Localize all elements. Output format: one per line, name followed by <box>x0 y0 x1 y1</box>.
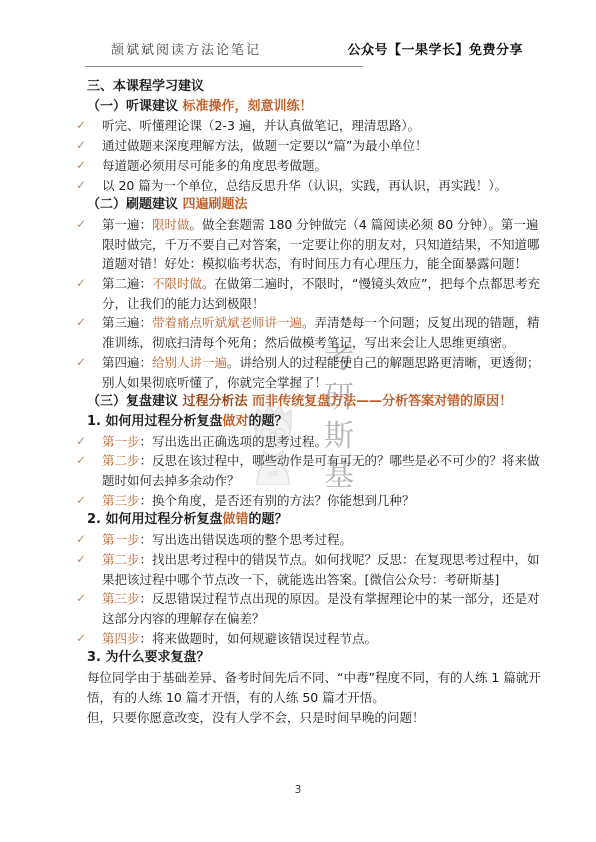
text-segment: 第二步 <box>102 453 140 468</box>
text-segment: 第二步 <box>102 552 140 567</box>
text-segment: ：反思错误过程节点出现的原因。是没有掌握理论中的某一部分，还是对这部分内容的理解… <box>102 591 540 626</box>
check-icon: ✓ <box>76 353 86 373</box>
text-segment: 每位同学由于基础差异、备考时间先后不同、“中毒”程度不同，有的人练 1 篇就开悟… <box>87 670 541 705</box>
subsection-heading: （一）听课建议 标准操作，刻意训练！ <box>72 97 544 117</box>
text-segment: 的题？ <box>249 512 288 527</box>
text-segment: 听完、听懂理论课（2-3 遍，并认真做笔记，理清思路）。 <box>102 118 420 133</box>
subsection-heading: （二）刷题建议 四遍刷题法 <box>72 195 544 215</box>
text-segment: 做错 <box>223 512 249 527</box>
text-segment: 限时做 <box>152 217 190 232</box>
text-segment: 过程分析法 <box>183 394 248 409</box>
text-segment: ：写出选出错误选项的整个思考过程。 <box>140 532 353 547</box>
page-header: 颉斌斌阅读方法论笔记 公众号【一果学长】免费分享 <box>85 43 523 58</box>
text-segment: （一）听课建议 <box>87 99 183 114</box>
list-item: ✓第二步：找出思考过程中的错误节点。如何找呢？反思：在复现思考过程中，如果把该过… <box>72 550 544 589</box>
paragraph: 但，只要你愿意改变，没有人学不会，只是时间早晚的问题！ <box>72 708 544 728</box>
text-segment: （三）复盘建议 <box>87 394 183 409</box>
list-item: ✓第三步：反思错误过程节点出现的原因。是没有掌握理论中的某一部分，还是对这部分内… <box>72 589 544 628</box>
text-segment: ：将来做题时，如何规避该错误过程节点。 <box>140 631 378 646</box>
text-segment: ：反思在该过程中，哪些动作是可有可无的？哪些是必不可少的？将来做题时如何去掉多余… <box>102 453 540 488</box>
list-item: ✓第一步：写出选出正确选项的思考过程。 <box>72 432 544 452</box>
document-body: 三、本课程学习建议（一）听课建议 标准操作，刻意训练！✓听完、听懂理论课（2-3… <box>72 77 544 727</box>
text-segment: 带着痛点听斌斌老师讲一遍 <box>152 315 302 330</box>
list-item: ✓每道题必须用尽可能多的角度思考做题。 <box>72 156 544 176</box>
text-segment: 标准操作，刻意训练！ <box>183 99 313 114</box>
text-segment: 通过做题来深度理解方法，做题一定要以“篇”为最小单位！ <box>102 138 427 153</box>
text-segment: 做对 <box>223 414 249 429</box>
check-icon: ✓ <box>76 451 86 471</box>
list-item: ✓以 20 篇为一个单位，总结反思升华（认识，实践，再认识，再实践！）。 <box>72 176 544 196</box>
document-page: 颉斌斌阅读方法论笔记 公众号【一果学长】免费分享 考 研 斯 基 三、本课程学习… <box>0 0 596 842</box>
list-item: ✓第四遍：给别人讲一遍。讲给别人的过程能使自己的解题思路更清晰，更透彻；别人如果… <box>72 353 544 392</box>
list-item: ✓第一步：写出选出错误选项的整个思考过程。 <box>72 530 544 550</box>
text-segment: 三、本课程学习建议 <box>87 79 204 94</box>
check-icon: ✓ <box>76 176 86 196</box>
text-segment: 的题？ <box>249 414 288 429</box>
check-icon: ✓ <box>76 274 86 294</box>
check-icon: ✓ <box>76 215 86 235</box>
text-segment: 2. 如何用过程分析复盘 <box>87 512 223 527</box>
list-item: ✓第二遍：不限时做。在做第二遍时，不限时，“慢镜头效应”，把每个点都思考充分，让… <box>72 274 544 313</box>
header-rule <box>85 66 363 67</box>
text-segment: （二）刷题建议 <box>87 197 183 212</box>
header-title: 颉斌斌阅读方法论笔记 <box>111 43 261 58</box>
check-icon: ✓ <box>76 136 86 156</box>
check-icon: ✓ <box>76 629 86 649</box>
text-segment: 第一步 <box>102 532 140 547</box>
text-segment: 第四步 <box>102 631 140 646</box>
text-segment: 但，只要你愿意改变，没有人学不会，只是时间早晚的问题！ <box>87 710 425 725</box>
section-heading: 三、本课程学习建议 <box>72 77 544 97</box>
numbered-heading: 2. 如何用过程分析复盘做错的题？ <box>72 510 544 530</box>
text-segment: 以 20 篇为一个单位，总结反思升华（认识，实践，再认识，再实践！）。 <box>102 178 507 193</box>
check-icon: ✓ <box>76 491 86 511</box>
numbered-heading: 1. 如何用过程分析复盘做对的题？ <box>72 412 544 432</box>
text-segment: 第一遍： <box>102 217 152 232</box>
check-icon: ✓ <box>76 530 86 550</box>
text-segment: 第一步 <box>102 434 140 449</box>
text-segment: ：写出选出正确选项的思考过程。 <box>140 434 328 449</box>
text-segment: 每道题必须用尽可能多的角度思考做题。 <box>102 158 327 173</box>
check-icon: ✓ <box>76 156 86 176</box>
text-segment: 不限时做 <box>152 276 202 291</box>
check-icon: ✓ <box>76 313 86 333</box>
list-item: ✓第三遍：带着痛点听斌斌老师讲一遍。弄清楚每一个问题；反复出现的错题，精准训练，… <box>72 313 544 352</box>
check-icon: ✓ <box>76 550 86 570</box>
text-segment: 第四遍： <box>102 355 152 370</box>
list-item: ✓第三步：换个角度，是否还有别的方法？你能想到几种？ <box>72 491 544 511</box>
list-item: ✓第四步：将来做题时，如何规避该错误过程节点。 <box>72 629 544 649</box>
text-segment: 第二遍： <box>102 276 152 291</box>
text-segment: 第三步 <box>102 493 140 508</box>
subsection-heading: （三）复盘建议 过程分析法 而非传统复盘方法——分析答案对错的原因！ <box>72 392 544 412</box>
text-segment: 而非传统复盘方法——分析答案对错的原因！ <box>248 394 513 409</box>
numbered-heading: 3. 为什么要求复盘？ <box>72 648 544 668</box>
list-item: ✓第二步：反思在该过程中，哪些动作是可有可无的？哪些是必不可少的？将来做题时如何… <box>72 451 544 490</box>
text-segment: 四遍刷题法 <box>183 197 248 212</box>
text-segment: ：换个角度，是否还有别的方法？你能想到几种？ <box>140 493 415 508</box>
list-item: ✓第一遍：限时做。做全套题需 180 分钟做完（4 篇阅读必须 80 分钟）。第… <box>72 215 544 274</box>
check-icon: ✓ <box>76 432 86 452</box>
check-icon: ✓ <box>76 589 86 609</box>
header-share-note: 公众号【一果学长】免费分享 <box>347 43 523 58</box>
text-segment: 第三步 <box>102 591 140 606</box>
text-segment: 给别人讲一遍 <box>152 355 227 370</box>
check-icon: ✓ <box>76 116 86 136</box>
text-segment: 第三遍： <box>102 315 152 330</box>
page-number: 3 <box>0 784 596 796</box>
list-item: ✓通过做题来深度理解方法，做题一定要以“篇”为最小单位！ <box>72 136 544 156</box>
text-segment: 1. 如何用过程分析复盘 <box>87 414 223 429</box>
list-item: ✓听完、听懂理论课（2-3 遍，并认真做笔记，理清思路）。 <box>72 116 544 136</box>
paragraph: 每位同学由于基础差异、备考时间先后不同、“中毒”程度不同，有的人练 1 篇就开悟… <box>72 668 544 707</box>
text-segment: 3. 为什么要求复盘？ <box>87 650 210 665</box>
text-segment: ：找出思考过程中的错误节点。如何找呢？反思：在复现思考过程中，如果把该过程中哪个… <box>102 552 540 587</box>
